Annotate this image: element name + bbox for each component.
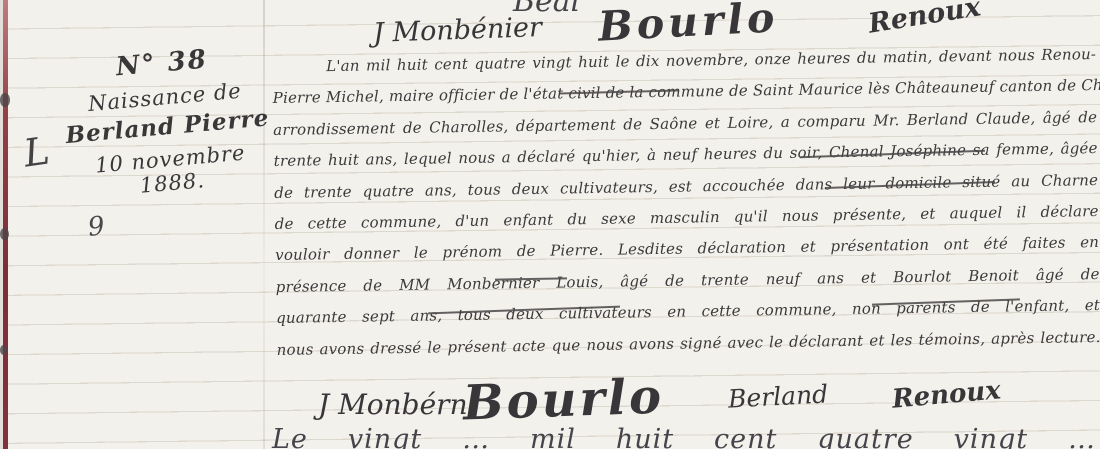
registry-page-scan: N° 38 Naissance de Berland Pierre 10 nov…: [0, 0, 1100, 449]
signature-witness1: J Monbénier: [373, 12, 543, 49]
signature-mayor: Renoux: [866, 0, 982, 40]
act-body-text: L'an mil huit cent quatre vingt huit le …: [272, 39, 1100, 366]
margin-paraph-mark: L: [21, 128, 52, 175]
signature-witness2: Bourlo: [462, 369, 665, 432]
date-correction-digit: 9: [86, 211, 106, 243]
ink-smudge: [0, 93, 10, 107]
next-act-first-line-partial: Le vingt … mil huit cent quatre vingt …: [272, 424, 1096, 449]
signature-witness2: Bourlo: [597, 0, 780, 51]
red-margin-rule: [3, 0, 8, 449]
act-date: 10 novembre 1888.: [61, 138, 282, 205]
ink-smudge: [0, 345, 7, 355]
ink-smudge: [0, 228, 9, 240]
signature-witness1: J Monbérn: [318, 388, 468, 421]
signature-mayor: Renoux: [891, 375, 1002, 414]
margin-annotation: N° 38 Naissance de Berland Pierre 10 nov…: [52, 39, 282, 204]
signature-declarant: Berland: [727, 379, 829, 413]
